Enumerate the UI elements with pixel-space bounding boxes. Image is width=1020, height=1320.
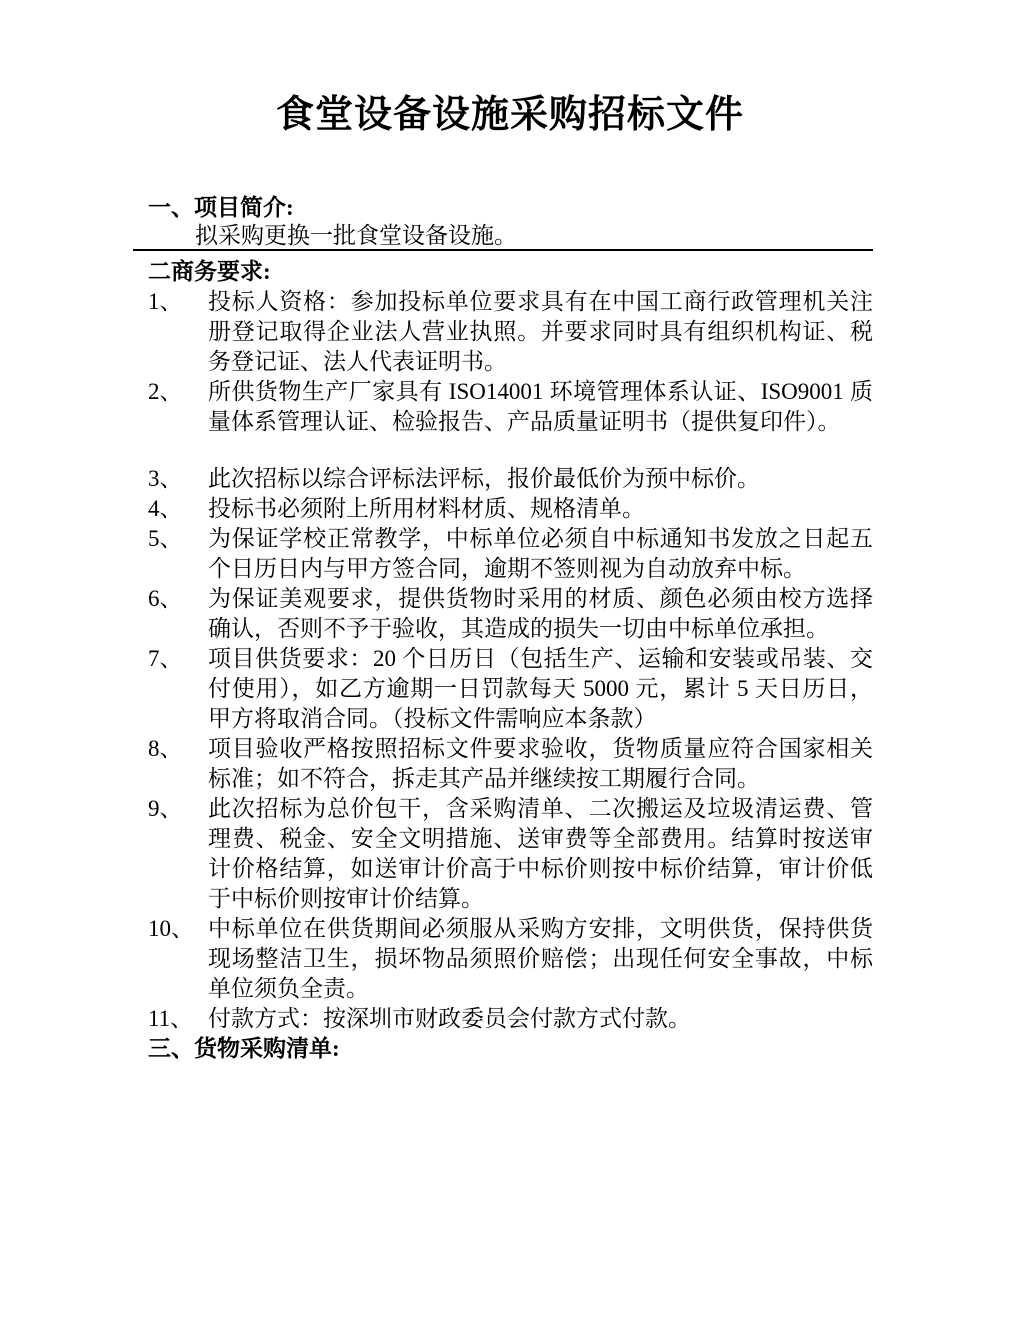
requirement-item-4: 4、 投标书必须附上所用材料材质、规格清单。: [133, 494, 873, 524]
item-text: 项目供货要求：20 个日历日（包括生产、运输和安装或吊装、交付使用），如乙方逾期…: [208, 644, 873, 734]
item-number: 5、: [133, 524, 208, 554]
requirement-item-11: 11、 付款方式：按深圳市财政委员会付款方式付款。: [133, 1004, 873, 1034]
project-intro-text: 拟采购更换一批食堂设备设施。: [195, 223, 517, 248]
section-heading-goods-list: 三、货物采购清单:: [133, 1034, 873, 1064]
item-number: 4、: [133, 494, 208, 524]
item-number: 1、: [133, 287, 208, 317]
document-title: 食堂设备设施采购招标文件: [0, 0, 1020, 138]
document-page: 食堂设备设施采购招标文件 一、项目简介: 拟采购更换一批食堂设备设施。 二商务要…: [0, 0, 1020, 1320]
item-number: 10、: [133, 914, 208, 944]
item-number: 11、: [133, 1004, 208, 1034]
item-number: 3、: [133, 464, 208, 494]
item-text: 投标书必须附上所用材料材质、规格清单。: [208, 494, 873, 524]
requirement-item-7: 7、 项目供货要求：20 个日历日（包括生产、运输和安装或吊装、交付使用），如乙…: [133, 644, 873, 734]
item-text: 付款方式：按深圳市财政委员会付款方式付款。: [208, 1004, 873, 1034]
requirements-list: 1、 投标人资格：参加投标单位要求具有在中国工商行政管理机关注册登记取得企业法人…: [133, 287, 873, 1034]
item-text: 为保证美观要求，提供货物时采用的材质、颜色必须由校方选择确认，否则不予于验收，其…: [208, 584, 873, 644]
item-text: 此次招标以综合评标法评标，报价最低价为预中标价。: [208, 464, 873, 494]
item-number: 2、: [133, 377, 208, 407]
requirement-item-2: 2、 所供货物生产厂家具有 ISO14001 环境管理体系认证、ISO9001 …: [133, 377, 873, 437]
project-intro-underline: 拟采购更换一批食堂设备设施。: [133, 223, 873, 251]
item-number: 8、: [133, 734, 208, 764]
item-text: 中标单位在供货期间必须服从采购方安排，文明供货，保持供货现场整洁卫生，损坏物品须…: [208, 914, 873, 1004]
item-text: 此次招标为总价包干，含采购清单、二次搬运及垃圾清运费、管理费、税金、安全文明措施…: [208, 794, 873, 914]
requirement-item-3: 3、 此次招标以综合评标法评标，报价最低价为预中标价。: [133, 464, 873, 494]
requirement-item-6: 6、 为保证美观要求，提供货物时采用的材质、颜色必须由校方选择确认，否则不予于验…: [133, 584, 873, 644]
item-number: 7、: [133, 644, 208, 674]
section-heading-business-requirements: 二商务要求:: [133, 257, 873, 287]
requirement-item-5: 5、 为保证学校正常教学，中标单位必须自中标通知书发放之日起五个日历日内与甲方签…: [133, 524, 873, 584]
document-body: 一、项目简介: 拟采购更换一批食堂设备设施。 二商务要求: 1、 投标人资格：参…: [133, 193, 873, 1064]
item-text: 项目验收严格按照招标文件要求验收，货物质量应符合国家相关标准；如不符合，拆走其产…: [208, 734, 873, 794]
requirement-item-8: 8、 项目验收严格按照招标文件要求验收，货物质量应符合国家相关标准；如不符合，拆…: [133, 734, 873, 794]
requirement-item-10: 10、 中标单位在供货期间必须服从采购方安排，文明供货，保持供货现场整洁卫生，损…: [133, 914, 873, 1004]
requirement-item-9: 9、 此次招标为总价包干，含采购清单、二次搬运及垃圾清运费、管理费、税金、安全文…: [133, 794, 873, 914]
item-text: 所供货物生产厂家具有 ISO14001 环境管理体系认证、ISO9001 质量体…: [208, 377, 873, 437]
section-heading-project-intro: 一、项目简介:: [133, 193, 873, 223]
requirement-item-1: 1、 投标人资格：参加投标单位要求具有在中国工商行政管理机关注册登记取得企业法人…: [133, 287, 873, 377]
item-text: 为保证学校正常教学，中标单位必须自中标通知书发放之日起五个日历日内与甲方签合同，…: [208, 524, 873, 584]
item-number: 6、: [133, 584, 208, 614]
item-text: 投标人资格：参加投标单位要求具有在中国工商行政管理机关注册登记取得企业法人营业执…: [208, 287, 873, 377]
item-number: 9、: [133, 794, 208, 824]
